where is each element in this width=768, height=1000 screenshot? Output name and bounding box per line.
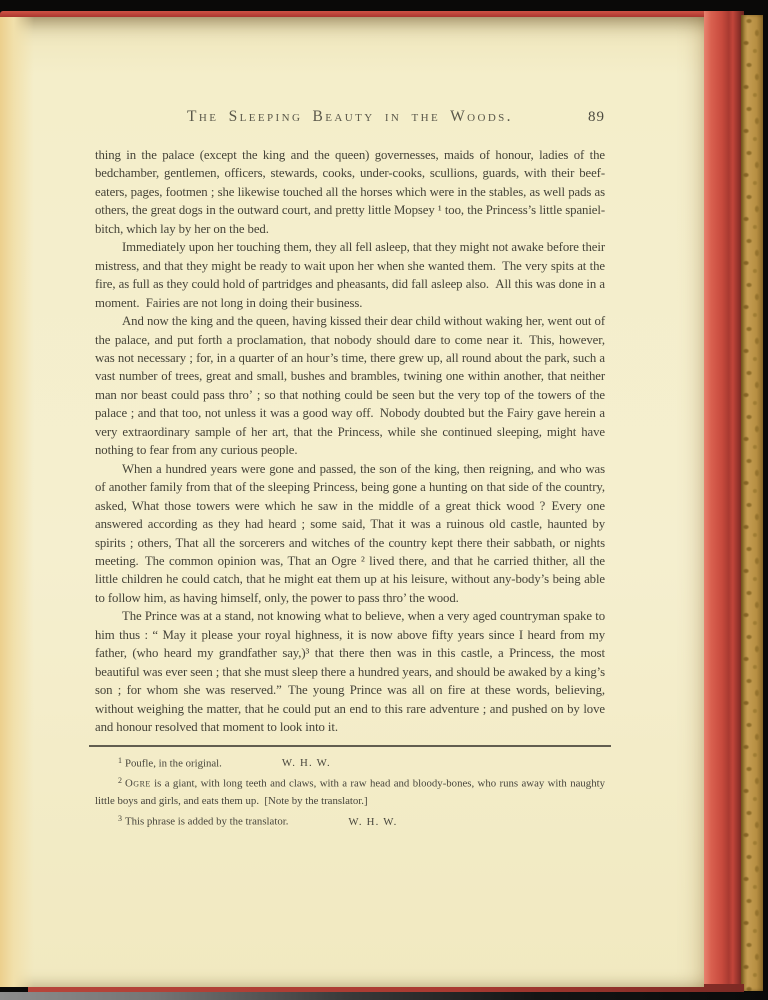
footnote-1-marker: 1 — [118, 756, 122, 765]
footnote-rule — [89, 745, 611, 747]
gilt-decorated-edge — [741, 15, 763, 991]
footnote-1-attribution: W. H. W. — [282, 757, 331, 769]
book-photo-scene: The Sleeping Beauty in the Woods. 89 thi… — [0, 0, 768, 1000]
page-header: The Sleeping Beauty in the Woods. 89 — [95, 108, 605, 130]
table-surface-shadow — [0, 992, 768, 1000]
body-paragraph-2: Immediately upon her touching them, they… — [95, 238, 605, 312]
footnote-3-attribution: W. H. W. — [348, 816, 397, 828]
page-content: The Sleeping Beauty in the Woods. 89 thi… — [95, 108, 605, 831]
page-number: 89 — [588, 109, 605, 126]
footnote-3-marker: 3 — [118, 814, 122, 823]
footnote-1: 1Poufle, in the original.W. H. W. — [95, 752, 605, 773]
body-text: thing in the palace (except the king and… — [95, 146, 605, 737]
footnote-2-text: is a giant, with long teeth and claws, w… — [95, 778, 605, 807]
footnotes-section: 1Poufle, in the original.W. H. W. 2Ogre … — [95, 752, 605, 831]
body-paragraph-3: And now the king and the queen, having k… — [95, 312, 605, 460]
running-head-title: The Sleeping Beauty in the Woods. — [187, 108, 513, 125]
footnote-3-text: This phrase is added by the translator. — [125, 816, 288, 828]
body-paragraph-1: thing in the palace (except the king and… — [95, 146, 605, 238]
footnote-2-lead-smallcaps: Ogre — [125, 778, 151, 790]
body-paragraph-5: The Prince was at a stand, not knowing w… — [95, 607, 605, 736]
book-cover-right-edge — [704, 11, 744, 993]
body-paragraph-4: When a hundred years were gone and passe… — [95, 460, 605, 608]
footnote-2: 2Ogre is a giant, with long teeth and cl… — [95, 772, 605, 810]
footnote-2-marker: 2 — [118, 776, 122, 785]
book-page: The Sleeping Beauty in the Woods. 89 thi… — [0, 17, 704, 987]
footnote-3: 3This phrase is added by the translator.… — [95, 810, 605, 831]
footnote-1-text: Poufle, in the original. — [125, 757, 222, 769]
